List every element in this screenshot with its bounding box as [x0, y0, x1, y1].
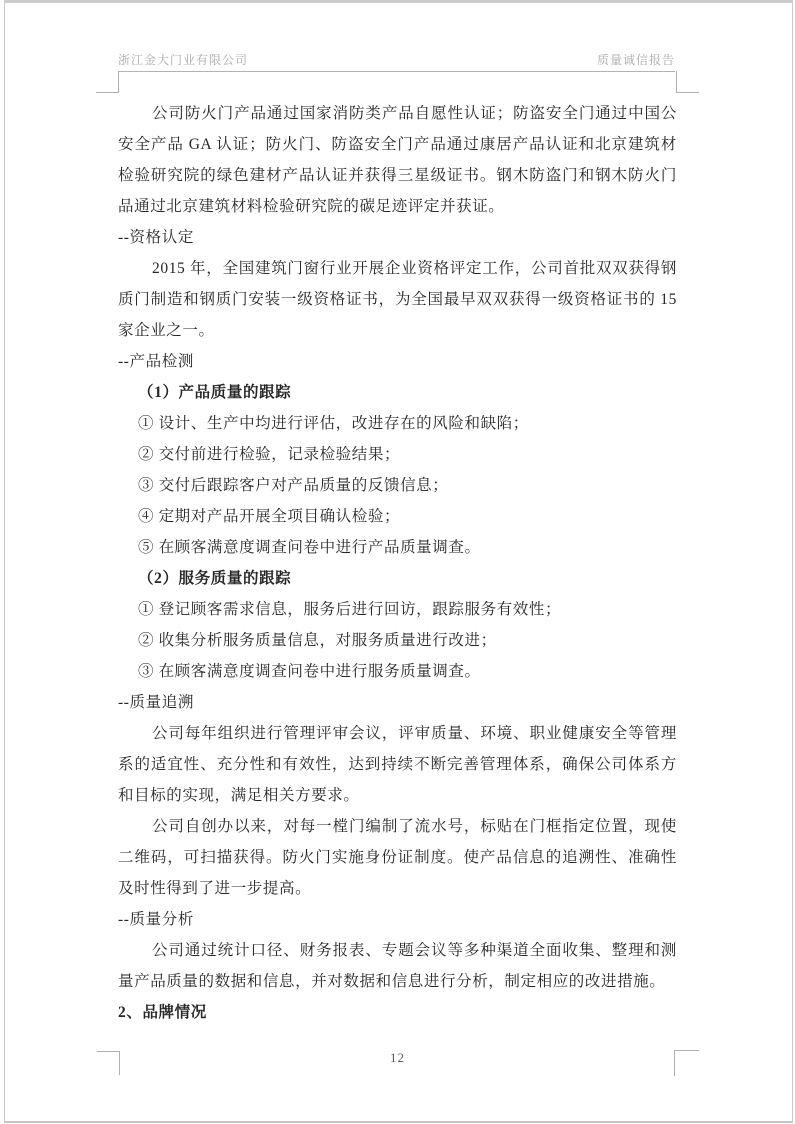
text-line: ① 登记顾客需求信息，服务后进行回访，跟踪服务有效性； — [118, 594, 677, 625]
crop-mark-bottom-left — [97, 1051, 120, 1075]
text-line: 质门制造和钢质门安装一级资格证书，为全国最早双双获得一级资格证书的 15 — [118, 284, 677, 315]
document-page: 浙江金大门业有限公司 质量诚信报告 公司防火门产品通过国家消防类产品自愿性认证；… — [0, 0, 795, 1124]
text-line: ③ 在顾客满意度调查问卷中进行服务质量调查。 — [118, 656, 677, 687]
text-line: --质量分析 — [118, 904, 677, 935]
text-line: ③ 交付后跟踪客户对产品质量的反馈信息； — [118, 470, 677, 501]
text-line: 品通过北京建筑材料检验研究院的碳足迹评定并获证。 — [118, 191, 677, 222]
text-line: 公司每年组织进行管理评审会议，评审质量、环境、职业健康安全等管理体 — [118, 718, 677, 749]
text-line: 和目标的实现，满足相关方要求。 — [118, 780, 677, 811]
text-line: 量产品质量的数据和信息，并对数据和信息进行分析，制定相应的改进措施。 — [118, 966, 677, 997]
header-document-title: 质量诚信报告 — [597, 51, 675, 68]
text-line: 二维码，可扫描获得。防火门实施身份证制度。使产品信息的追溯性、准确性和 — [118, 842, 677, 873]
text-line: --质量追溯 — [118, 687, 677, 718]
text-line: --资格认定 — [118, 222, 677, 253]
text-line: 2015 年，全国建筑门窗行业开展企业资格评定工作，公司首批双双获得钢 — [118, 253, 677, 284]
page-number: 12 — [390, 1050, 405, 1065]
text-line: 家企业之一。 — [118, 315, 677, 346]
heading-line: （2）服务质量的跟踪 — [118, 563, 677, 594]
page-footer: 12 — [118, 1050, 677, 1068]
header-company-name: 浙江金大门业有限公司 — [118, 51, 248, 68]
document-body: 公司防火门产品通过国家消防类产品自愿性认证；防盗安全门通过中国公共安全产品 GA… — [118, 98, 677, 1028]
crop-mark-top-right — [676, 71, 699, 93]
text-line: 公司自创办以来，对每一樘门编制了流水号，标贴在门框指定位置，现使用 — [118, 811, 677, 842]
text-line: 检验研究院的绿色建材产品认证并获得三星级证书。钢木防盗门和钢木防火门产 — [118, 160, 677, 191]
text-line: ⑤ 在顾客满意度调查问卷中进行产品质量调查。 — [118, 532, 677, 563]
header-rule — [118, 71, 675, 72]
crop-mark-top-left — [96, 71, 119, 93]
text-line: 系的适宜性、充分性和有效性，达到持续不断完善管理体系，确保公司体系方针 — [118, 749, 677, 780]
text-line: ② 收集分析服务质量信息，对服务质量进行改进； — [118, 625, 677, 656]
text-line: 公司防火门产品通过国家消防类产品自愿性认证；防盗安全门通过中国公共 — [118, 98, 677, 129]
text-line: 公司通过统计口径、财务报表、专题会议等多种渠道全面收集、整理和测 — [118, 935, 677, 966]
heading-line: （1）产品质量的跟踪 — [118, 377, 677, 408]
page-header: 浙江金大门业有限公司 质量诚信报告 — [118, 48, 675, 68]
text-line: 安全产品 GA 认证；防火门、防盗安全门产品通过康居产品认证和北京建筑材料 — [118, 129, 677, 160]
text-line: --产品检测 — [118, 346, 677, 377]
text-line: ④ 定期对产品开展全项目确认检验； — [118, 501, 677, 532]
text-line: 及时性得到了进一步提高。 — [118, 873, 677, 904]
crop-mark-bottom-right — [674, 1050, 699, 1076]
text-line: ② 交付前进行检验，记录检验结果； — [118, 439, 677, 470]
text-line: ① 设计、生产中均进行评估，改进存在的风险和缺陷； — [118, 408, 677, 439]
heading-line: 2、品牌情况 — [118, 997, 677, 1028]
